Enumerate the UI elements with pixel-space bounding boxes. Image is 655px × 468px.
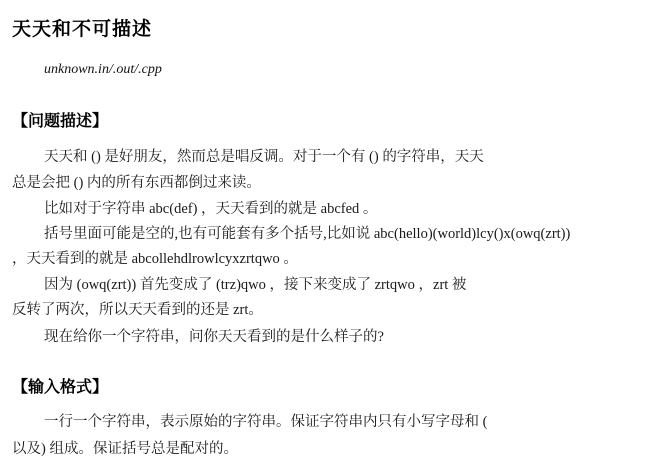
paragraph-line: 一行一个字符串，表示原始的字符串。保证字符串内只有小写字母和 ( bbox=[44, 413, 487, 431]
file-io-subtitle: unknown.in/.out/.cpp bbox=[44, 62, 162, 78]
paragraph-line: 天天和 () 是好朋友，然而总是唱反调。对于一个有 () 的字符串，天天 bbox=[44, 148, 484, 166]
paragraph-line: 括号里面可能是空的,也有可能套有多个括号,比如说 abc(hello)(worl… bbox=[44, 225, 570, 243]
paragraph-line: 比如对于字符串 abc(def) ，天天看到的就是 abcfed 。 bbox=[44, 200, 377, 218]
paragraph-line: 现在给你一个字符串，问你天天看到的是什么样子的? bbox=[44, 328, 384, 346]
paragraph-line: ，天天看到的就是 abcollehdlrowlcyxzrtqwo 。 bbox=[12, 250, 298, 268]
paragraph-line: 反转了两次，所以天天看到的还是 zrt。 bbox=[12, 301, 263, 319]
section-heading-input-format: 【输入格式】 bbox=[12, 374, 108, 397]
paragraph-line: 总是会把 () 内的所有东西都倒过来读。 bbox=[12, 174, 261, 192]
section-heading-description: 【问题描述】 bbox=[12, 108, 108, 131]
paragraph-line: 以及) 组成。保证括号总是配对的。 bbox=[12, 440, 238, 458]
problem-title: 天天和不可描述 bbox=[12, 14, 152, 41]
paragraph-line: 因为 (owq(zrt)) 首先变成了 (trz)qwo ，接下来变成了 zrt… bbox=[44, 276, 466, 294]
